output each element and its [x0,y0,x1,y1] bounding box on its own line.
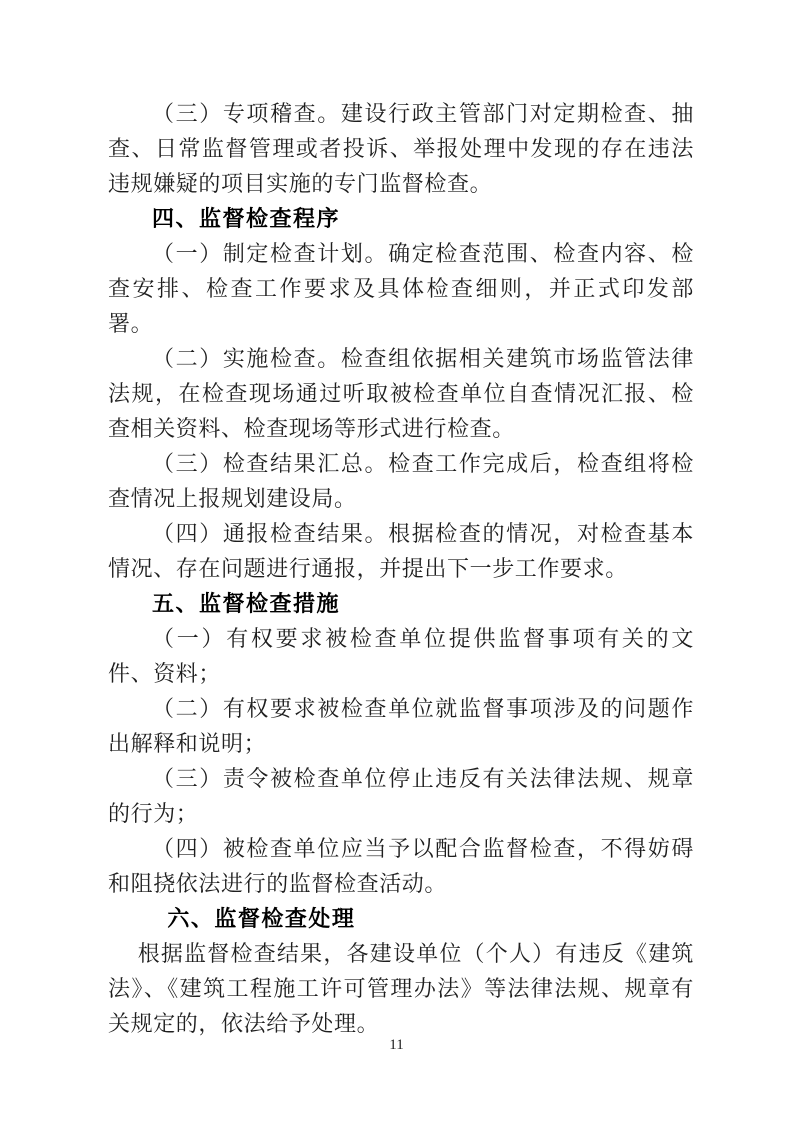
document-body: （三）专项稽查。建设行政主管部门对定期检查、抽查、日常监督管理或者投诉、举报处理… [108,96,694,1041]
paragraph: （二）实施检查。检查组依据相关建筑市场监管法律法规，在检查现场通过听取被检查单位… [108,341,694,446]
paragraph: （一）制定检查计划。确定检查范围、检查内容、检查安排、检查工作要求及具体检查细则… [108,236,694,341]
section-heading: 四、监督检查程序 [108,201,694,236]
page-number: 11 [0,1035,793,1055]
section-heading: 六、监督检查处理 [108,901,694,936]
paragraph: （三）专项稽查。建设行政主管部门对定期检查、抽查、日常监督管理或者投诉、举报处理… [108,96,694,201]
section-heading: 五、监督检查措施 [108,586,694,621]
paragraph: （四）被检查单位应当予以配合监督检查，不得妨碍和阻挠依法进行的监督检查活动。 [108,831,694,901]
document-page: （三）专项稽查。建设行政主管部门对定期检查、抽查、日常监督管理或者投诉、举报处理… [0,0,793,1122]
paragraph: 根据监督检查结果，各建设单位（个人）有违反《建筑法》、《建筑工程施工许可管理办法… [108,936,694,1041]
paragraph: （四）通报检查结果。根据检查的情况，对检查基本情况、存在问题进行通报，并提出下一… [108,516,694,586]
paragraph: （三）检查结果汇总。检查工作完成后，检查组将检查情况上报规划建设局。 [108,446,694,516]
paragraph: （一）有权要求被检查单位提供监督事项有关的文件、资料； [108,621,694,691]
paragraph: （二）有权要求被检查单位就监督事项涉及的问题作出解释和说明； [108,691,694,761]
paragraph: （三）责令被检查单位停止违反有关法律法规、规章的行为； [108,761,694,831]
